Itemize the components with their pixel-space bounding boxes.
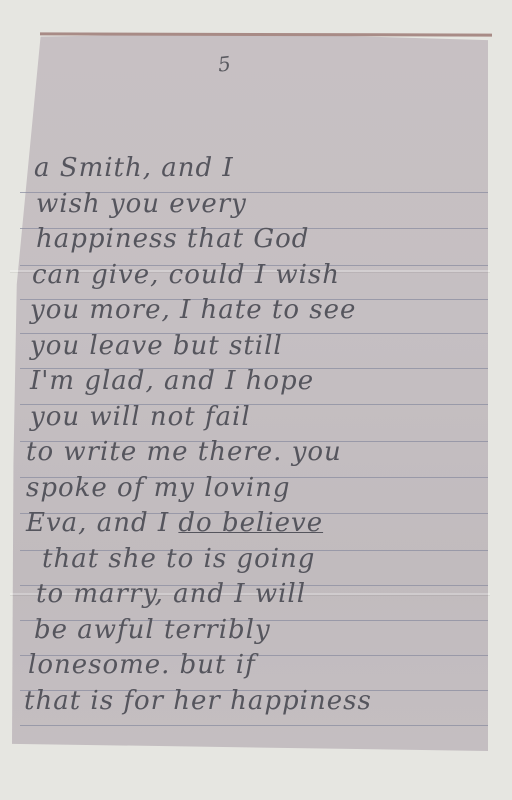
handwritten-line: you leave but still: [30, 330, 490, 366]
handwritten-line: be awful terribly: [34, 614, 494, 650]
handwritten-line: to marry, and I will: [36, 578, 496, 614]
handwritten-line: spoke of my loving: [26, 472, 486, 508]
handwritten-line: lonesome. but if: [28, 649, 488, 685]
handwritten-line: to write me there. you: [26, 436, 486, 472]
ruled-line: [20, 725, 488, 726]
handwritten-line: wish you every: [36, 188, 496, 224]
handwritten-line: you more, I hate to see: [30, 294, 490, 330]
page-number: 5: [217, 51, 232, 76]
underlined-text: do believe: [178, 508, 323, 538]
handwritten-line: can give, could I wish: [32, 259, 492, 295]
handwritten-line: you will not fail: [30, 401, 490, 437]
handwritten-line: a Smith, and I: [34, 152, 494, 188]
handwritten-line: happiness that God: [36, 223, 496, 259]
handwritten-line: that is for her happiness: [24, 685, 484, 721]
handwritten-line: Eva, and I do believe: [26, 507, 486, 543]
handwritten-line: I'm glad, and I hope: [30, 365, 490, 401]
letter-body: a Smith, and I wish you every happiness …: [30, 152, 490, 720]
handwritten-text: Eva, and I: [26, 508, 178, 538]
handwritten-line: that she to is going: [42, 543, 502, 579]
